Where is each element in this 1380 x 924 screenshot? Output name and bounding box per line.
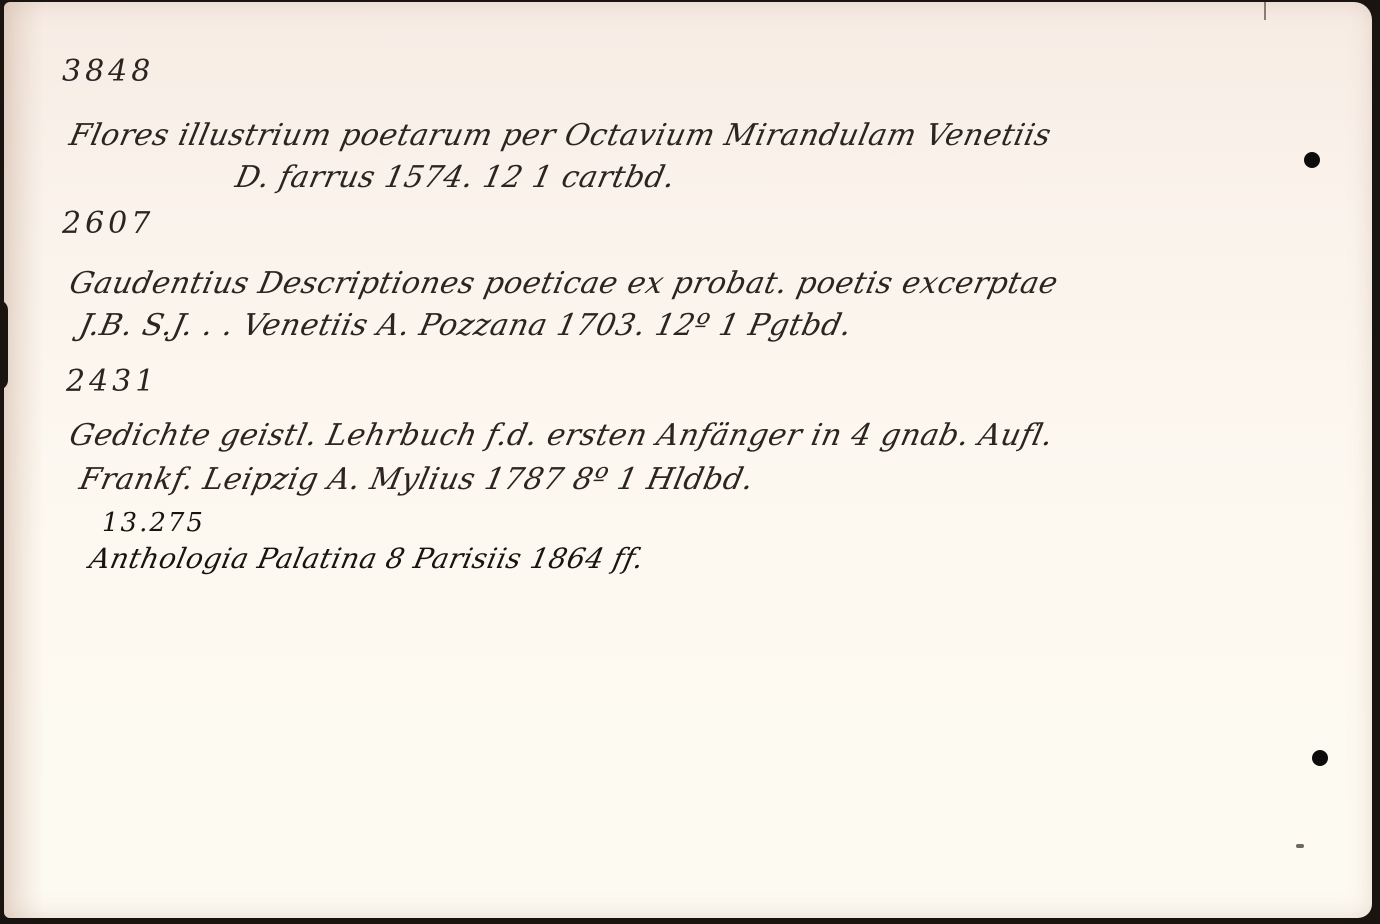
catalog-card: 3848 Flores illustrium poetarum per Octa… [4,2,1372,918]
entry-1-number: 3848 [62,54,154,89]
punch-hole-bottom [1312,750,1328,766]
card-edge-notch [0,300,8,390]
entry-1-imprint-line: D. farrus 1574. 12 1 cartbd. [232,160,678,195]
punch-hole-top [1304,152,1320,168]
entry-3-title-line: Gedichte geistl. Lehrbuch f.d. ersten An… [66,418,1056,453]
entry-3-imprint-line: Frankf. Leipzig A. Mylius 1787 8º 1 Hldb… [76,462,757,497]
card-tear-mark [1264,2,1266,20]
entry-4-number: 13.275 [102,508,205,538]
entry-3-number: 2431 [66,364,158,399]
entry-2-title-line: Gaudentius Descriptiones poeticae ex pro… [66,266,1061,301]
ink-speck [1296,844,1304,848]
entry-4-title-line: Anthologia Palatina 8 Parisiis 1864 ff. [86,542,647,575]
entry-2-imprint-line: J.B. S.J. . . Venetiis A. Pozzana 1703. … [76,308,855,343]
entry-2-number: 2607 [62,206,154,241]
entry-1-title-line: Flores illustrium poetarum per Octavium … [66,118,1054,153]
